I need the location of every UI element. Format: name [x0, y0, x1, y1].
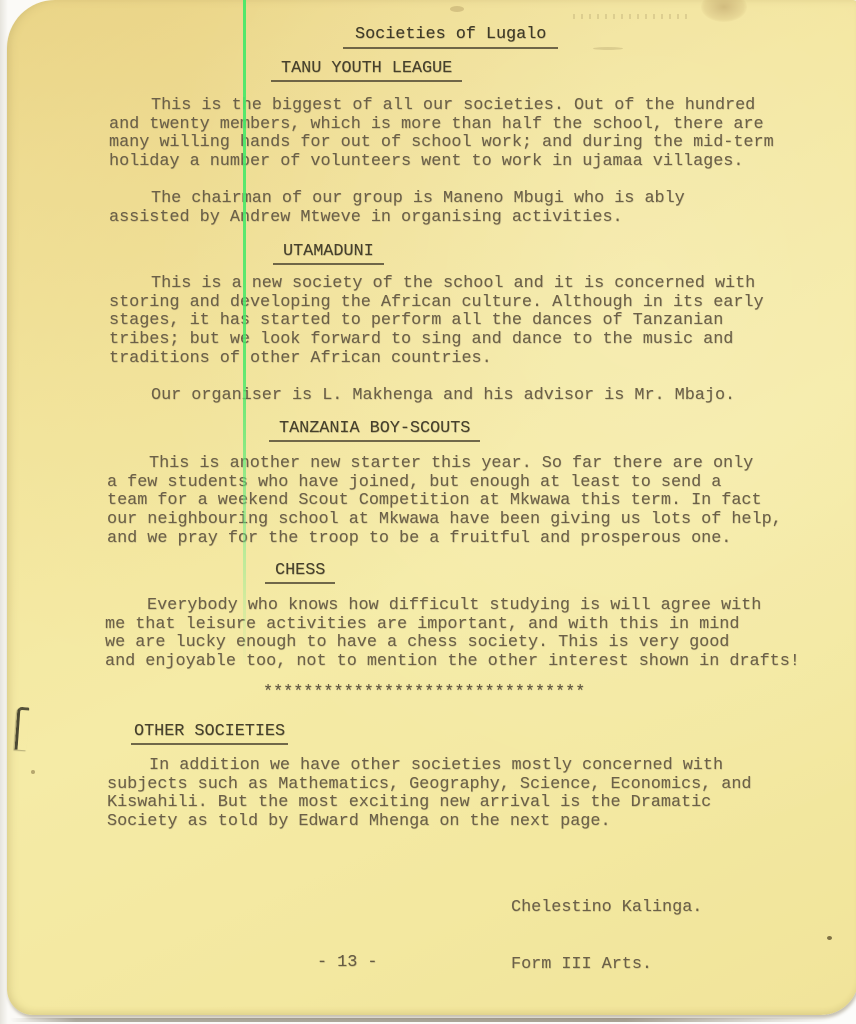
heading-text: OTHER SOCIETIES: [131, 723, 288, 745]
speck: [450, 6, 464, 12]
signature-form: Form III Arts.: [511, 956, 702, 975]
heading-text: TANU YOUTH LEAGUE: [271, 60, 462, 82]
stain: [701, 0, 747, 22]
paper: Societies of Lugalo TANU YOUTH LEAGUE Th…: [7, 0, 856, 1015]
paragraph-utamaduni-1: This is a new society of the school and …: [109, 275, 764, 369]
page-title: Societies of Lugalo: [343, 26, 558, 49]
staple: [15, 707, 30, 751]
heading-text: TANZANIA BOY-SCOUTS: [269, 420, 480, 442]
paragraph-other-societies-1: In addition we have other societies most…: [107, 757, 752, 832]
section-heading-tanu-youth-league: TANU YOUTH LEAGUE: [271, 60, 462, 82]
section-heading-tanzania-boy-scouts: TANZANIA BOY-SCOUTS: [269, 420, 480, 442]
paragraph-chess-1: Everybody who knows how difficult studyi…: [105, 597, 800, 672]
speck: [593, 47, 623, 50]
asterisk-divider: ********************************: [263, 684, 585, 703]
paragraph-boy-scouts-1: This is another new starter this year. S…: [107, 455, 782, 549]
section-heading-utamaduni: UTAMADUNI: [273, 243, 384, 265]
page-title-block: Societies of Lugalo: [343, 26, 558, 49]
page-bottom-edge: [10, 1018, 830, 1022]
paragraph-utamaduni-2: Our organiser is L. Makhenga and his adv…: [109, 387, 735, 406]
page-number: - 13 -: [317, 954, 377, 973]
section-heading-chess: CHESS: [265, 562, 335, 584]
heading-text: CHESS: [265, 562, 335, 584]
signature-name: Chelestino Kalinga.: [511, 899, 702, 918]
green-scan-line: [243, 0, 246, 668]
section-heading-other-societies: OTHER SOCIETIES: [131, 723, 288, 745]
signature: Chelestino Kalinga. Form III Arts.: [511, 862, 702, 1012]
heading-text: UTAMADUNI: [273, 243, 384, 265]
speck: [827, 936, 832, 940]
paragraph-tanu-2: The chairman of our group is Maneno Mbug…: [109, 190, 685, 227]
speck: [31, 770, 35, 774]
ghost-type-marks: [573, 14, 693, 19]
paragraph-tanu-1: This is the biggest of all our societies…: [109, 97, 774, 172]
